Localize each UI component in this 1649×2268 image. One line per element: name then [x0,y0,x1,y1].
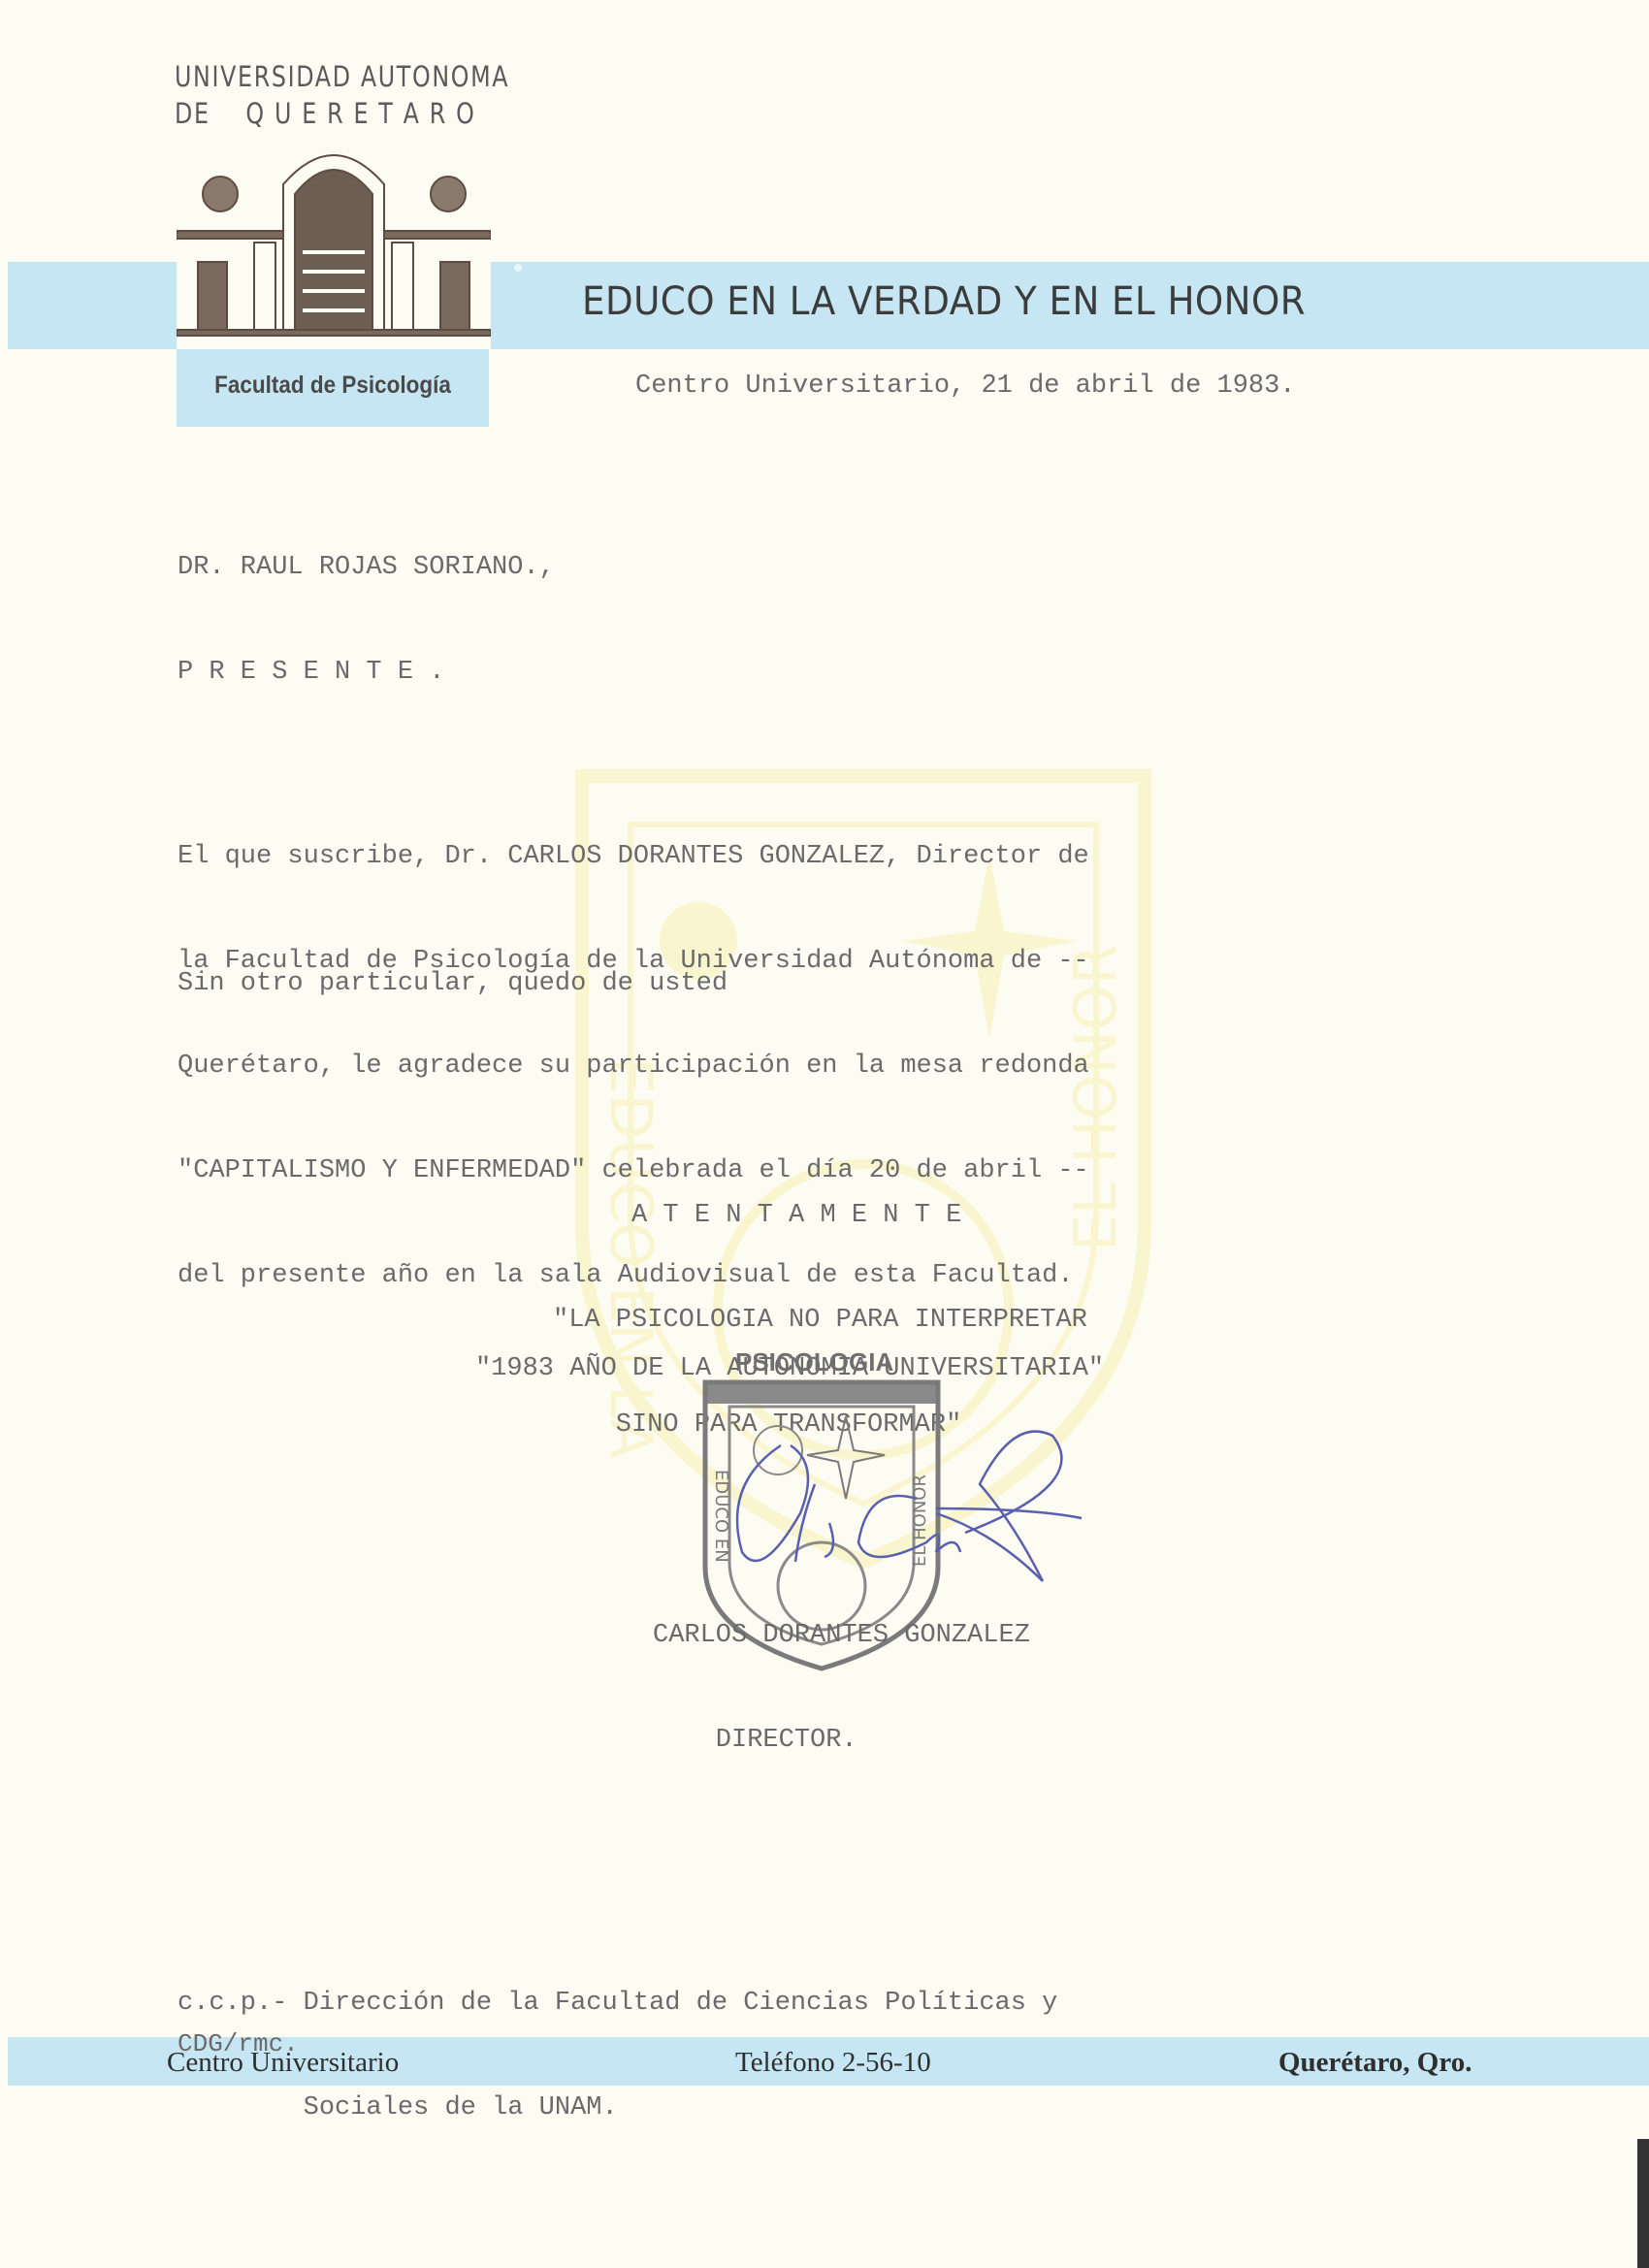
ccp-line: Sociales de la UNAM. [178,2090,1057,2125]
body-line: El que suscribe, Dr. CARLOS DORANTES GON… [178,839,1089,874]
salutation-slogan-1: "LA PSICOLOGIA NO PARA INTERPRETAR [553,1303,1087,1338]
faculty-label: Facultad de Psicología [192,372,473,400]
building-facade-icon [177,126,491,349]
closing-line: Sin otro particular, quedo de usted [178,966,727,1001]
body-line: Querétaro, le agradece su participación … [178,1049,1089,1084]
signatory-title: DIRECTOR. [653,1723,1030,1758]
recipient-presente: P R E S E N T E . [178,655,555,690]
date-line: Centro Universitario, 21 de abril de 198… [635,372,1296,401]
footer-city: Querétaro, Qro. [1278,2047,1471,2079]
university-line-2: DE Q U E R E T A R O [175,95,509,132]
band-dot [514,264,522,272]
signatory-block: CARLOS DORANTES GONZALEZ DIRECTOR. [653,1548,1030,1793]
salutation-atentamente: A T E N T A M E N T E [553,1198,1087,1233]
footer-address: Centro Universitario [167,2047,399,2079]
recipient-block: DR. RAUL ROJAS SORIANO., P R E S E N T E… [178,480,555,725]
footer-phone: Teléfono 2-56-10 [735,2047,931,2079]
recipient-name: DR. RAUL ROJAS SORIANO., [178,550,555,585]
university-logo [177,126,491,349]
signatory-name: CARLOS DORANTES GONZALEZ [653,1618,1030,1653]
motto: EDUCO EN LA VERDAD Y EN EL HONOR [582,279,1306,324]
svg-text:PSICOLOGIA: PSICOLOGIA [735,1347,893,1377]
scan-edge [1637,2139,1649,2268]
ccp-line: c.c.p.- Dirección de la Facultad de Cien… [178,1986,1057,2021]
university-line-1: UNIVERSIDAD AUTONOMA [175,58,509,95]
university-name: UNIVERSIDAD AUTONOMADE Q U E R E T A R O [175,58,509,132]
